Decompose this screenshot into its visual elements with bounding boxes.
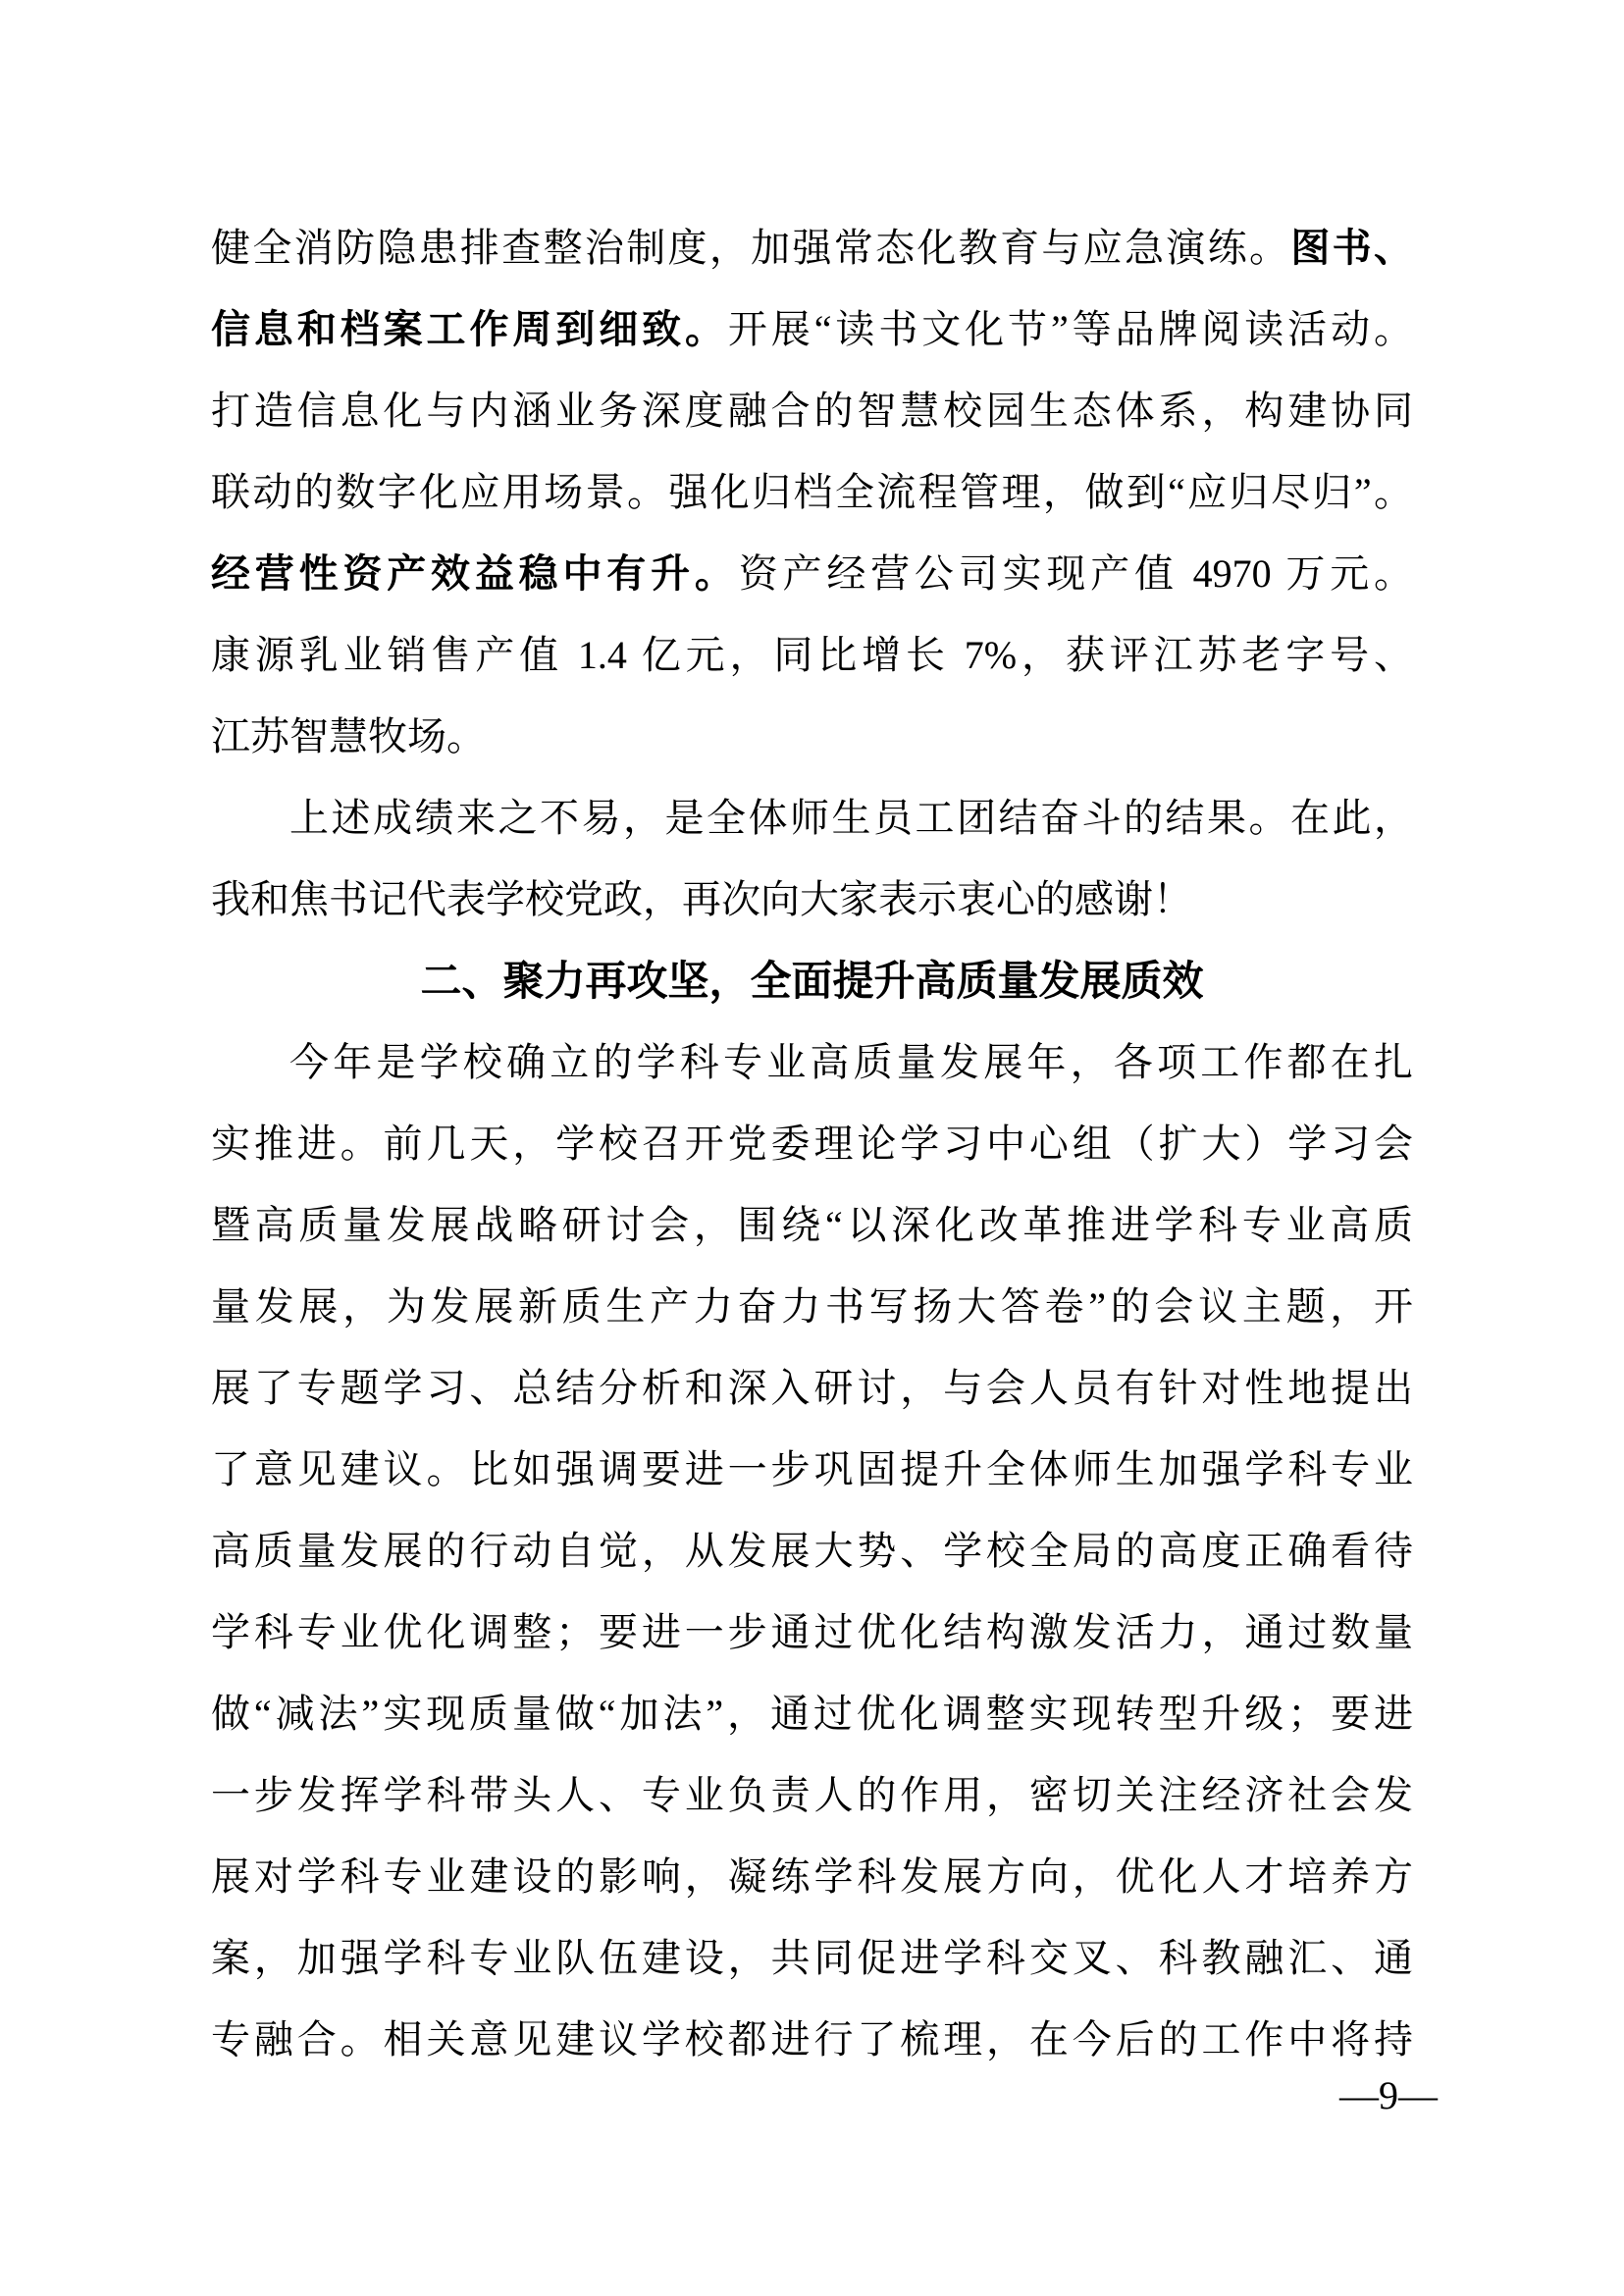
body-text: 我和焦书记代表学校党政，再次向大家表示衷心的感谢！	[211, 877, 1192, 921]
document-body: 健全消防隐患排查整治制度，加强常态化教育与应急演练。图书、信息和档案工作周到细致…	[211, 207, 1413, 2080]
body-text: 高质量发展的行动自觉，从发展大势、学校全局的高度正确看待	[211, 1529, 1413, 1573]
text-line: 量发展，为发展新质生产力奋力书写扬大答卷”的会议主题，开	[211, 1266, 1413, 1347]
text-line: 打造信息化与内涵业务深度融合的智慧校园生态体系，构建协同	[211, 370, 1413, 451]
body-text: 打造信息化与内涵业务深度融合的智慧校园生态体系，构建协同	[211, 389, 1413, 433]
text-line: 实推进。前几天，学校召开党委理论学习中心组（扩大）学习会	[211, 1103, 1413, 1184]
text-line: 案，加强学科专业队伍建设，共同促进学科交叉、科教融汇、通	[211, 1917, 1413, 1999]
text-line: 江苏智慧牧场。	[211, 696, 1413, 777]
text-line: 康源乳业销售产值 1.4 亿元，同比增长 7%，获评江苏老字号、	[211, 614, 1413, 696]
emphasis-text: 二、聚力再攻坚，全面提升高质量发展质效	[420, 958, 1203, 1004]
emphasis-text: 图书、	[1290, 227, 1413, 270]
text-line: 经营性资产效益稳中有升。资产经营公司实现产值 4970 万元。	[211, 533, 1413, 614]
body-text: 专融合。相关意见建议学校都进行了梳理，在今后的工作中将持	[211, 2017, 1413, 2061]
text-line: 上述成绩来之不易，是全体师生员工团结奋斗的结果。在此，	[211, 777, 1413, 859]
body-text: 健全消防隐患排查整治制度，加强常态化教育与应急演练。	[211, 226, 1290, 270]
body-text: 实推进。前几天，学校召开党委理论学习中心组（扩大）学习会	[211, 1122, 1413, 1166]
page-number: —9—	[1335, 2072, 1442, 2119]
text-line: 展了专题学习、总结分析和深入研讨，与会人员有针对性地提出	[211, 1347, 1413, 1429]
body-text: 展对学科专业建设的影响，凝练学科发展方向，优化人才培养方	[211, 1854, 1413, 1899]
document-page: 健全消防隐患排查整治制度，加强常态化教育与应急演练。图书、信息和档案工作周到细致…	[0, 0, 1624, 2296]
body-text: 量发展，为发展新质生产力奋力书写扬大答卷”的会议主题，开	[211, 1284, 1413, 1329]
body-text: 了意见建议。比如强调要进一步巩固提升全体师生加强学科专业	[211, 1447, 1413, 1491]
body-text: 上述成绩来之不易，是全体师生员工团结奋斗的结果。在此，	[289, 796, 1413, 840]
text-line: 暨高质量发展战略研讨会，围绕“以深化改革推进学科专业高质	[211, 1184, 1413, 1266]
body-text: 开展“读书文化节”等品牌阅读活动。	[728, 307, 1413, 351]
section-heading: 二、聚力再攻坚，全面提升高质量发展质效	[211, 940, 1413, 1021]
text-line: 高质量发展的行动自觉，从发展大势、学校全局的高度正确看待	[211, 1510, 1413, 1592]
body-text: 康源乳业销售产值 1.4 亿元，同比增长 7%，获评江苏老字号、	[211, 633, 1413, 677]
body-text: 江苏智慧牧场。	[211, 714, 486, 758]
body-text: 一步发挥学科带头人、专业负责人的作用，密切关注经济社会发	[211, 1773, 1413, 1817]
text-line: 了意见建议。比如强调要进一步巩固提升全体师生加强学科专业	[211, 1429, 1413, 1510]
body-text: 展了专题学习、总结分析和深入研讨，与会人员有针对性地提出	[211, 1366, 1413, 1410]
text-line: 我和焦书记代表学校党政，再次向大家表示衷心的感谢！	[211, 859, 1413, 940]
text-line: 健全消防隐患排查整治制度，加强常态化教育与应急演练。图书、	[211, 207, 1413, 288]
body-text: 案，加强学科专业队伍建设，共同促进学科交叉、科教融汇、通	[211, 1936, 1413, 1980]
body-text: 做“减法”实现质量做“加法”，通过优化调整实现转型升级；要进	[211, 1692, 1413, 1736]
body-text: 学科专业优化调整；要进一步通过优化结构激发活力，通过数量	[211, 1610, 1413, 1654]
text-line: 信息和档案工作周到细致。开展“读书文化节”等品牌阅读活动。	[211, 288, 1413, 370]
emphasis-text: 经营性资产效益稳中有升。	[211, 552, 739, 596]
text-line: 学科专业优化调整；要进一步通过优化结构激发活力，通过数量	[211, 1592, 1413, 1673]
body-text: 资产经营公司实现产值 4970 万元。	[739, 551, 1413, 596]
text-line: 展对学科专业建设的影响，凝练学科发展方向，优化人才培养方	[211, 1836, 1413, 1917]
text-line: 做“减法”实现质量做“加法”，通过优化调整实现转型升级；要进	[211, 1673, 1413, 1754]
body-text: 联动的数字化应用场景。强化归档全流程管理，做到“应归尽归”。	[211, 470, 1413, 514]
body-text: 暨高质量发展战略研讨会，围绕“以深化改革推进学科专业高质	[211, 1203, 1413, 1247]
text-line: 一步发挥学科带头人、专业负责人的作用，密切关注经济社会发	[211, 1754, 1413, 1836]
text-line: 专融合。相关意见建议学校都进行了梳理，在今后的工作中将持	[211, 1999, 1413, 2080]
emphasis-text: 信息和档案工作周到细致。	[211, 308, 728, 351]
body-text: 今年是学校确立的学科专业高质量发展年，各项工作都在扎	[289, 1040, 1413, 1084]
text-line: 联动的数字化应用场景。强化归档全流程管理，做到“应归尽归”。	[211, 451, 1413, 533]
text-line: 今年是学校确立的学科专业高质量发展年，各项工作都在扎	[211, 1021, 1413, 1103]
